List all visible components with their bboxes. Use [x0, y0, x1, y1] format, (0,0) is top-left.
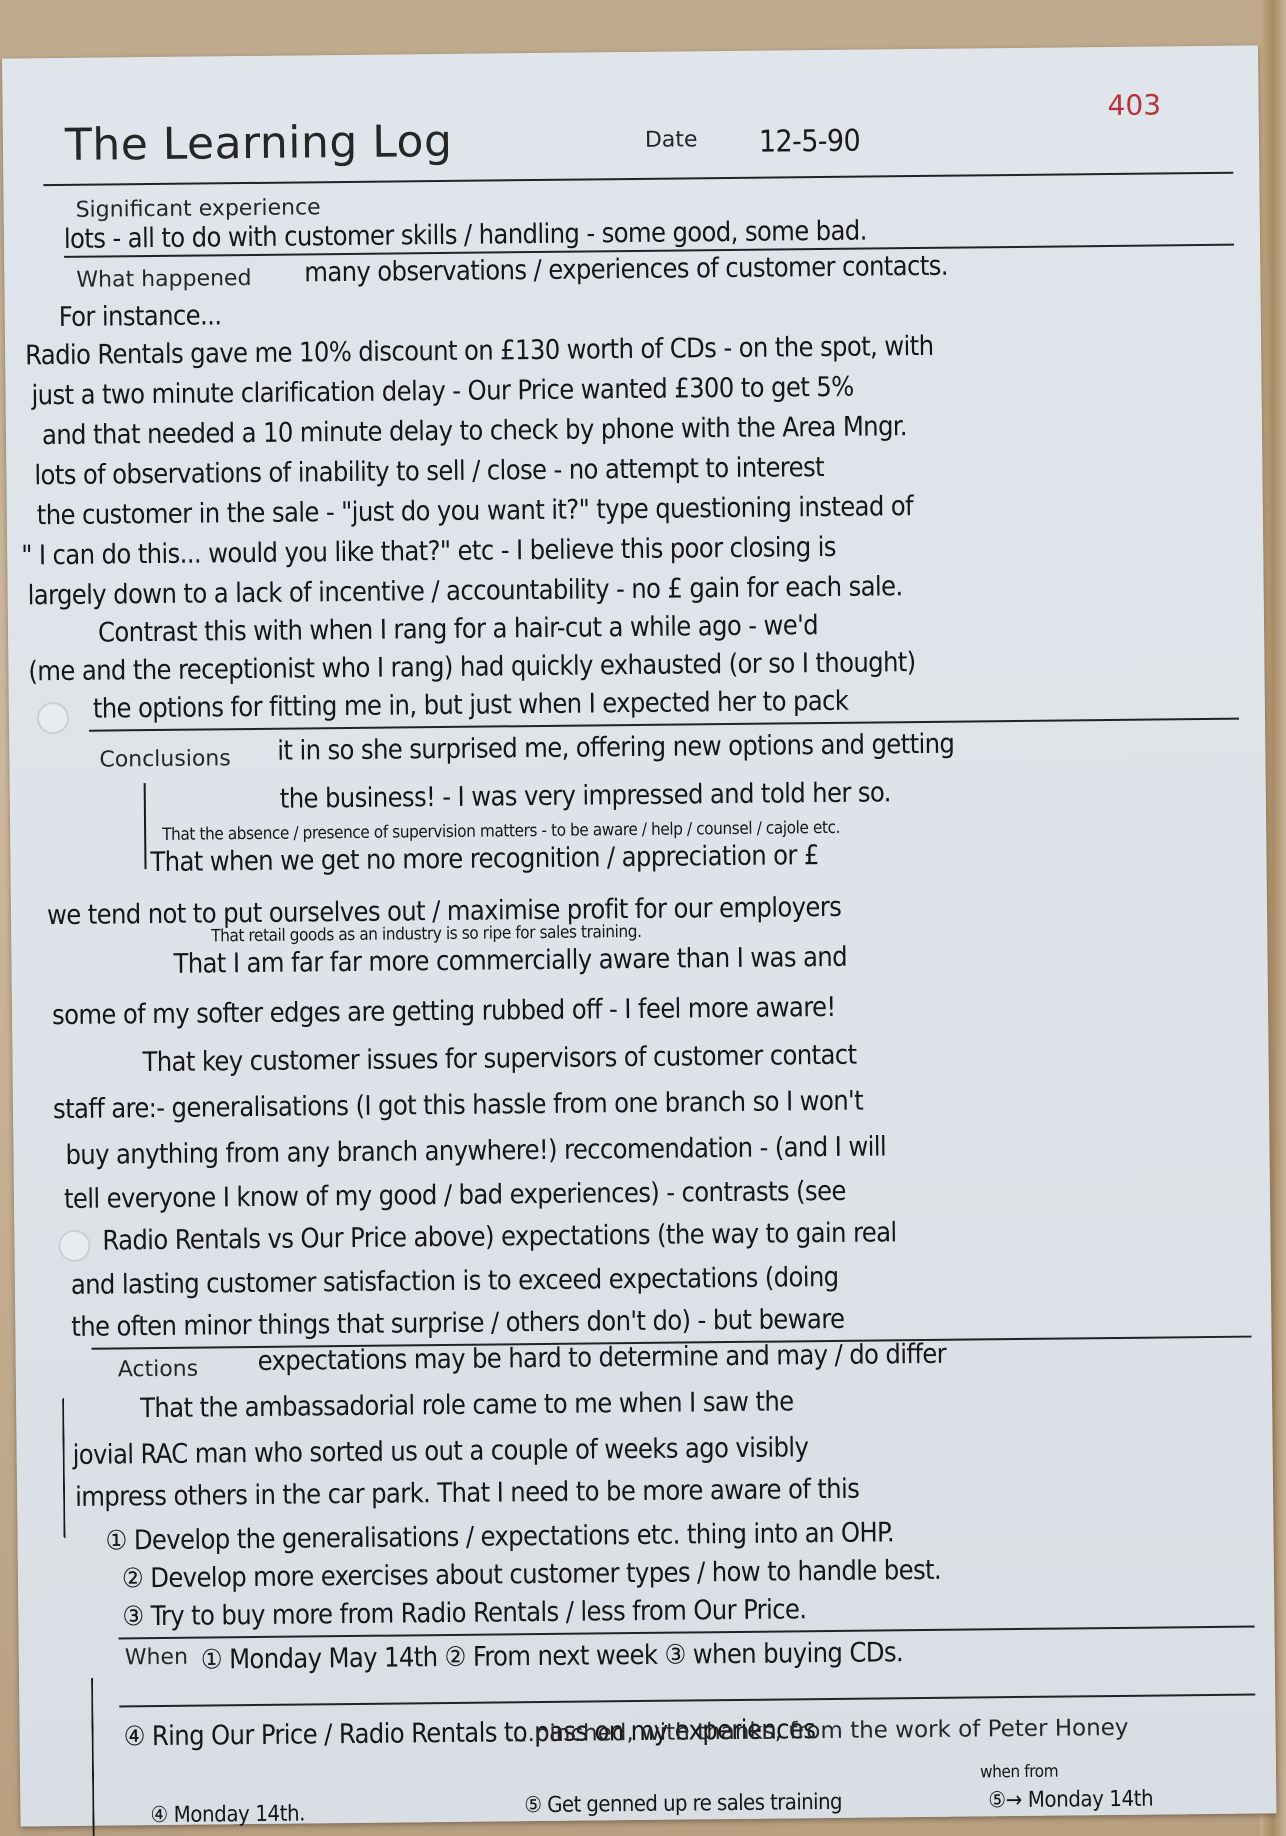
significant-experience-label: Significant experience [75, 195, 320, 223]
learning-log-sheet: The Learning Log Date 12-5-90 403 Signif… [2, 45, 1276, 1826]
what-happened-line: just a two minute clarification delay - … [31, 372, 853, 412]
page-title: The Learning Log [65, 116, 453, 171]
when-line: ① Monday May 14th ② From next week ③ whe… [201, 1637, 904, 1675]
what-happened-line: the business! - I was very impressed and… [280, 777, 891, 814]
arrow-bracket [144, 783, 147, 869]
title-rule [43, 172, 1233, 186]
when-item: ④ Monday 14th. [150, 1802, 305, 1829]
what-happened-label: What happened [76, 266, 251, 293]
conclusion-line: impress others in the car park. That I n… [75, 1474, 859, 1513]
section-rule [119, 1694, 1255, 1708]
when-note: when from [980, 1762, 1058, 1783]
what-happened-line: (me and the receptionist who I rang) had… [28, 647, 915, 687]
page-number: 403 [1107, 88, 1161, 122]
conclusion-line: buy anything from any branch anywhere!) … [65, 1131, 886, 1171]
date-value: 12-5-90 [759, 124, 860, 160]
what-happened-line: lots of observations of inability to sel… [34, 452, 824, 491]
conclusion-line: That key customer issues for supervisors… [142, 1040, 856, 1078]
punch-hole [37, 702, 69, 734]
when-item: ⑤→ Monday 14th [988, 1787, 1153, 1814]
conclusion-line: tell everyone I know of my good / bad ex… [64, 1176, 846, 1215]
conclusion-line: That I am far far more commercially awar… [173, 942, 847, 980]
action-item: ③ Try to buy more from Radio Rentals / l… [122, 1594, 806, 1632]
inserted-note: That retail goods as an industry is so r… [211, 922, 641, 947]
arrow-bracket [91, 1678, 95, 1836]
action-item: ⑤ Get genned up re sales training [524, 1790, 842, 1818]
what-happened-line: the options for fitting me in, but just … [93, 686, 849, 725]
conclusion-line: Radio Rentals vs Our Price above) expect… [102, 1217, 896, 1256]
action-item: ① Develop the generalisations / expectat… [105, 1517, 894, 1556]
conclusion-line: expectations may be hard to determine an… [258, 1339, 947, 1377]
conclusion-line: the often minor things that surprise / o… [71, 1304, 844, 1343]
date-label: Date [645, 127, 698, 153]
conclusions-label: Conclusions [99, 746, 231, 772]
what-happened-line: For instance... [59, 300, 222, 333]
conclusion-line: That when we get no more recognition / a… [150, 840, 819, 878]
what-happened-line: and that needed a 10 minute delay to che… [42, 411, 907, 451]
conclusion-line: and lasting customer satisfaction is to … [71, 1262, 839, 1301]
punch-hole [58, 1230, 90, 1262]
what-happened-line: Contrast this with when I rang for a hai… [98, 610, 818, 649]
what-happened-line: Radio Rentals gave me 10% discount on £1… [25, 331, 934, 372]
credit-line: ....pinched, with thanks, from the work … [505, 1715, 1128, 1748]
what-happened-line: " I can do this... would you like that?"… [21, 532, 836, 572]
conclusion-line: some of my softer edges are getting rubb… [52, 992, 836, 1031]
actions-label: Actions [118, 1357, 199, 1383]
action-item: ② Develop more exercises about customer … [122, 1555, 941, 1595]
when-label: When [125, 1645, 188, 1671]
what-happened-line: largely down to a lack of incentive / ac… [27, 571, 902, 611]
conclusion-line: That the ambassadorial role came to me w… [140, 1386, 794, 1424]
what-happened-line: it in so she surprised me, offering new … [277, 729, 954, 767]
what-happened-line: the customer in the sale - "just do you … [37, 491, 913, 531]
what-happened-line: many observations / experiences of custo… [304, 251, 948, 289]
conclusion-line: staff are:- generalisations (I got this … [53, 1086, 863, 1125]
arrow-bracket [62, 1398, 65, 1538]
conclusion-line: jovial RAC man who sorted us out a coupl… [73, 1432, 809, 1471]
